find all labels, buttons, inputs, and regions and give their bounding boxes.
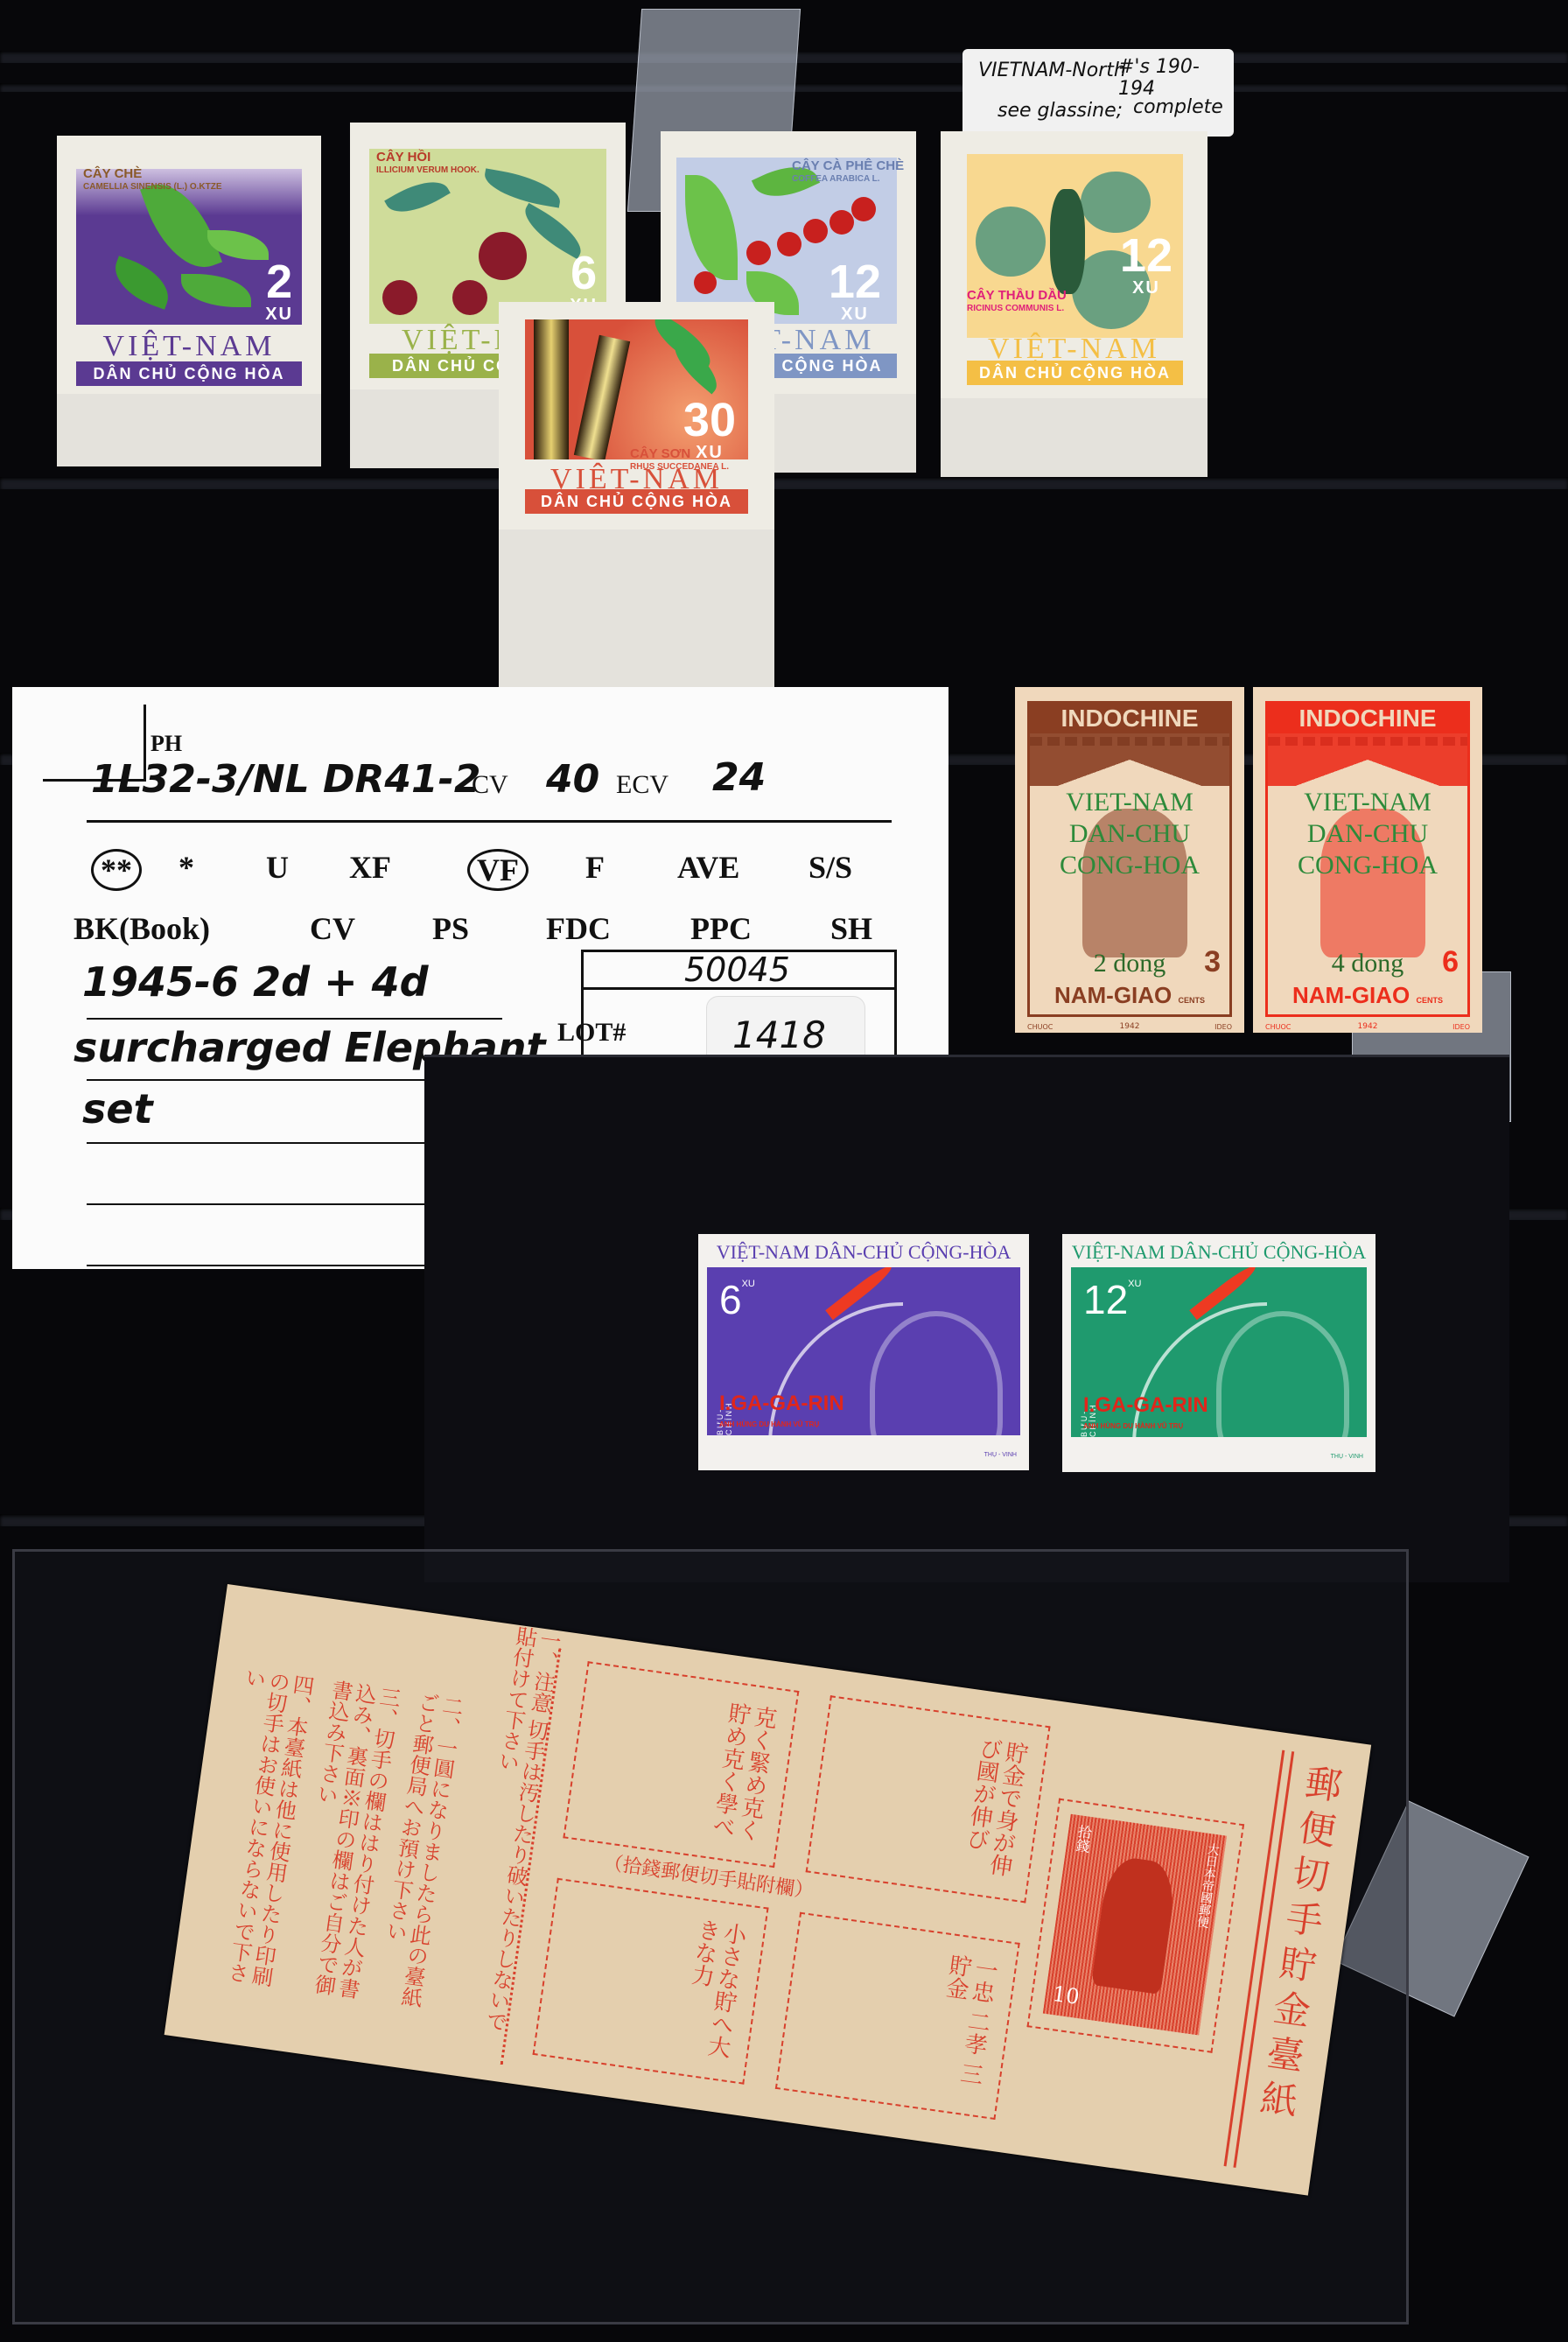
slogan-box: 小さな貯へ大きな力: [533, 1878, 769, 2085]
sheet-margin: [57, 394, 321, 466]
figure-icon: [1091, 1855, 1179, 1995]
stamp-box: 拾錢 10 大日本帝國郵便: [1026, 1799, 1244, 2053]
stamp-value: 30XU: [683, 396, 736, 461]
plant-stamp-tea[interactable]: CÂY CHÈCAMELLIA SINENSIS (L.) O.KTZE 2XU…: [57, 136, 321, 466]
stamp-value: 2XU: [265, 258, 293, 323]
grade-option: XF: [349, 849, 391, 886]
grade-option: F: [585, 849, 605, 886]
stamp-name: I.GA-GA-RIN: [719, 1392, 844, 1416]
stamp-subtitle: DÂN CHỦ CỘNG HÒA: [967, 361, 1183, 385]
overprint: VIET-NAMDAN-CHUCONG-HOA: [1268, 787, 1467, 881]
plant-stamp-castor[interactable]: CÂY THẦU DẦURICINUS COMMUNIS L. 12XU VIỆ…: [941, 131, 1207, 477]
gagarin-stamp-6xu[interactable]: VIỆT-NAM DÂN-CHỦ CỘNG-HÒA 6XU BƯU-CHÍNH …: [698, 1234, 1029, 1470]
grade-option: PPC: [690, 910, 752, 947]
stamp-plant-name: CÂY HỒIILLICIUM VERUM HOOK.: [376, 151, 479, 175]
plant-stamp-lacquer-tree[interactable]: CÂY SƠNRHUS SUCCEDANEA L. 30XU VIỆT-NAM …: [499, 302, 774, 713]
stamp-value: 12XU: [1083, 1280, 1141, 1320]
grade-option: U: [266, 849, 289, 886]
grade-option: *: [178, 849, 194, 886]
grade-option: BK(Book): [73, 910, 210, 947]
stamp-value: 6XU: [719, 1280, 755, 1320]
catalog-line: 1L32-3/NL DR41-2: [91, 757, 481, 802]
grade-option: SH: [830, 910, 872, 947]
sheet-margin: [941, 398, 1207, 477]
printed-stamp: 拾錢 10 大日本帝國郵便: [1043, 1814, 1227, 2036]
grade-option: PS: [432, 910, 469, 947]
indochine-stamp-4dong[interactable]: INDOCHINE VIET-NAMDAN-CHUCONG-HOA 4 dong…: [1253, 687, 1482, 1033]
stamp-value: 12XU: [1120, 232, 1172, 297]
overprint: VIET-NAMDAN-CHUCONG-HOA: [1030, 787, 1229, 881]
note-line2-note: complete: [1133, 96, 1223, 118]
stamp-subtitle: DÂN CHỦ CỘNG HÒA: [525, 489, 748, 514]
surcharge: 2 dong: [1030, 949, 1229, 978]
stamp-plant-name: CÂY CHÈCAMELLIA SINENSIS (L.) O.KTZE: [83, 167, 222, 192]
lot-label: LOT#: [557, 1018, 626, 1048]
slogan-box: 克く緊め克く貯め克く學べ: [563, 1661, 799, 1868]
note-line1: VIETNAM-North: [978, 60, 1126, 81]
slogan-box: 一忠 二孝 三貯金: [775, 1912, 1020, 2120]
note-line2: see glassine;: [997, 100, 1123, 122]
ecv-value: 24: [712, 755, 766, 800]
stamp-header: VIỆT-NAM DÂN-CHỦ CỘNG-HÒA: [1062, 1241, 1375, 1264]
ecv-label: ECV: [616, 770, 668, 800]
bottom-label: NAM-GIAO CENTS: [1268, 982, 1467, 1009]
slogan-box: 貯金で身が伸び國が伸び: [806, 1695, 1051, 1903]
grade-option: **: [91, 849, 142, 891]
stamp-top-label: INDOCHINE: [1268, 704, 1467, 733]
stamp-country: VIỆT-NAM: [941, 334, 1207, 364]
stamp-value: 12XU: [829, 258, 881, 323]
stamp-top-label: INDOCHINE: [1030, 704, 1229, 733]
original-value: 3: [1204, 945, 1221, 979]
stamp-country: VIỆT-NAM: [57, 332, 321, 361]
grade-option: CV: [310, 910, 355, 947]
bottom-label: NAM-GIAO CENTS: [1030, 982, 1229, 1009]
grade-option: VF: [467, 849, 528, 891]
grade-option: FDC: [546, 910, 611, 947]
stock-number: 50045: [684, 950, 790, 989]
ph-label: PH: [150, 731, 182, 757]
gagarin-stamp-12xu[interactable]: VIỆT-NAM DÂN-CHỦ CỘNG-HÒA 12XU BƯU-CHÍNH…: [1062, 1234, 1375, 1472]
note-line1-ref: #'s 190-194: [1118, 56, 1234, 100]
description-line-1: 1945-6 2d + 4d: [82, 958, 429, 1006]
lot-number: 1418: [732, 1013, 826, 1056]
stamp-plant-name: CÂY CÀ PHÊ CHÈCOFFEA ARABICA L.: [792, 159, 904, 184]
grade-option: AVE: [677, 849, 739, 886]
note-label: VIETNAM-North #'s 190-194 see glassine; …: [962, 49, 1234, 137]
sheet-margin: [499, 529, 774, 713]
description-line-3: set: [82, 1085, 153, 1132]
stamp-plant-name: CÂY THẦU DẦURICINUS COMMUNIS L.: [967, 289, 1067, 313]
cv-label: CV: [472, 770, 508, 800]
stamp-name: I.GA-GA-RIN: [1083, 1393, 1208, 1418]
indochine-stamp-2dong[interactable]: INDOCHINE VIET-NAMDAN-CHUCONG-HOA 2 dong…: [1015, 687, 1244, 1033]
grade-option: S/S: [808, 849, 852, 886]
surcharge: 4 dong: [1268, 949, 1467, 978]
stamp-subtitle: DÂN CHỦ CỘNG HÒA: [76, 361, 302, 386]
original-value: 6: [1442, 945, 1459, 979]
stock-strip: [0, 477, 1568, 489]
stamp-header: VIỆT-NAM DÂN-CHỦ CỘNG-HÒA: [698, 1241, 1029, 1264]
cv-value: 40: [546, 757, 599, 802]
